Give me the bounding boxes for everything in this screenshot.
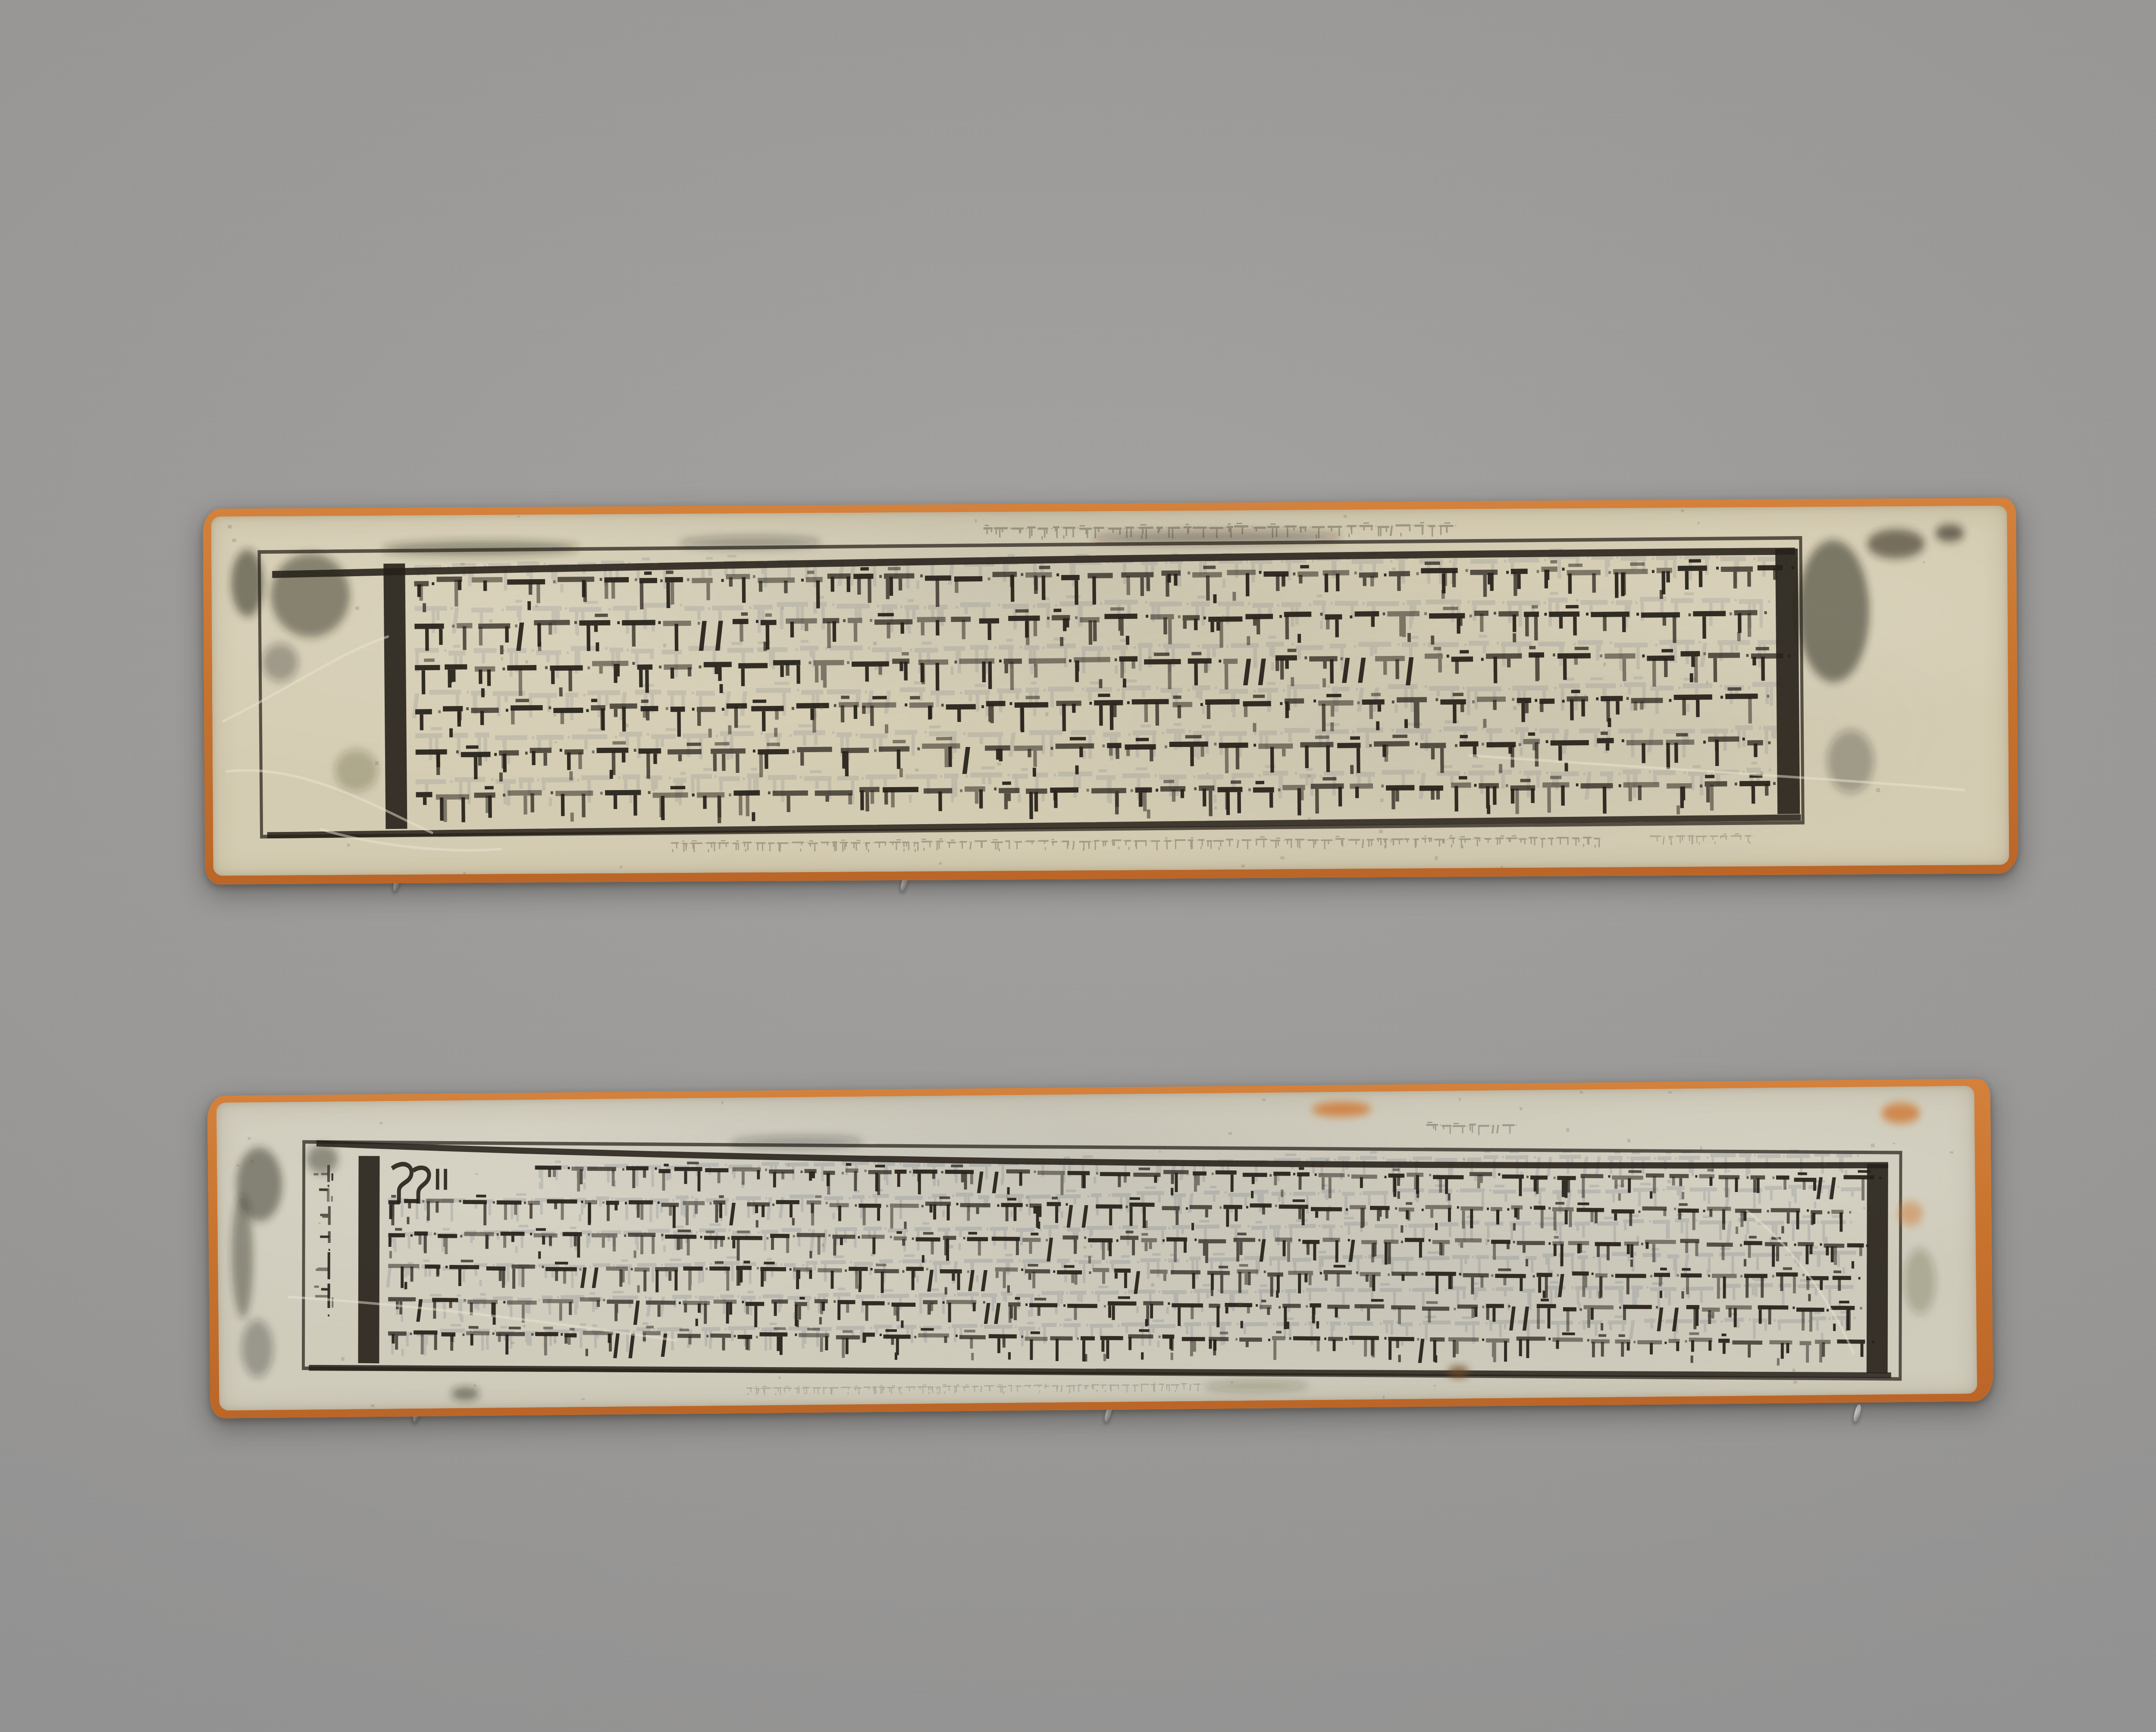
upper-folio <box>203 498 2018 885</box>
mount-pin <box>1852 1404 1862 1423</box>
faint-marks-row <box>671 835 1601 853</box>
photo-stage <box>0 0 2156 1732</box>
upper-folio-paper <box>211 505 2009 876</box>
text-line-5 <box>388 1291 1862 1335</box>
lower-folio-print <box>216 1086 1977 1411</box>
ghost-offset-print <box>411 547 1800 808</box>
ghost-offset-print <box>385 1147 1871 1356</box>
margin-title-column <box>313 1165 334 1316</box>
faint-marks-row <box>746 1382 1204 1396</box>
upper-folio-print <box>211 505 2009 876</box>
faint-marks-row <box>1426 1121 1517 1136</box>
yig-mgo-ornament <box>392 1164 447 1204</box>
lower-folio-paper <box>216 1086 1977 1411</box>
lower-folio <box>207 1079 1993 1418</box>
faint-marks-row <box>1650 833 1754 845</box>
